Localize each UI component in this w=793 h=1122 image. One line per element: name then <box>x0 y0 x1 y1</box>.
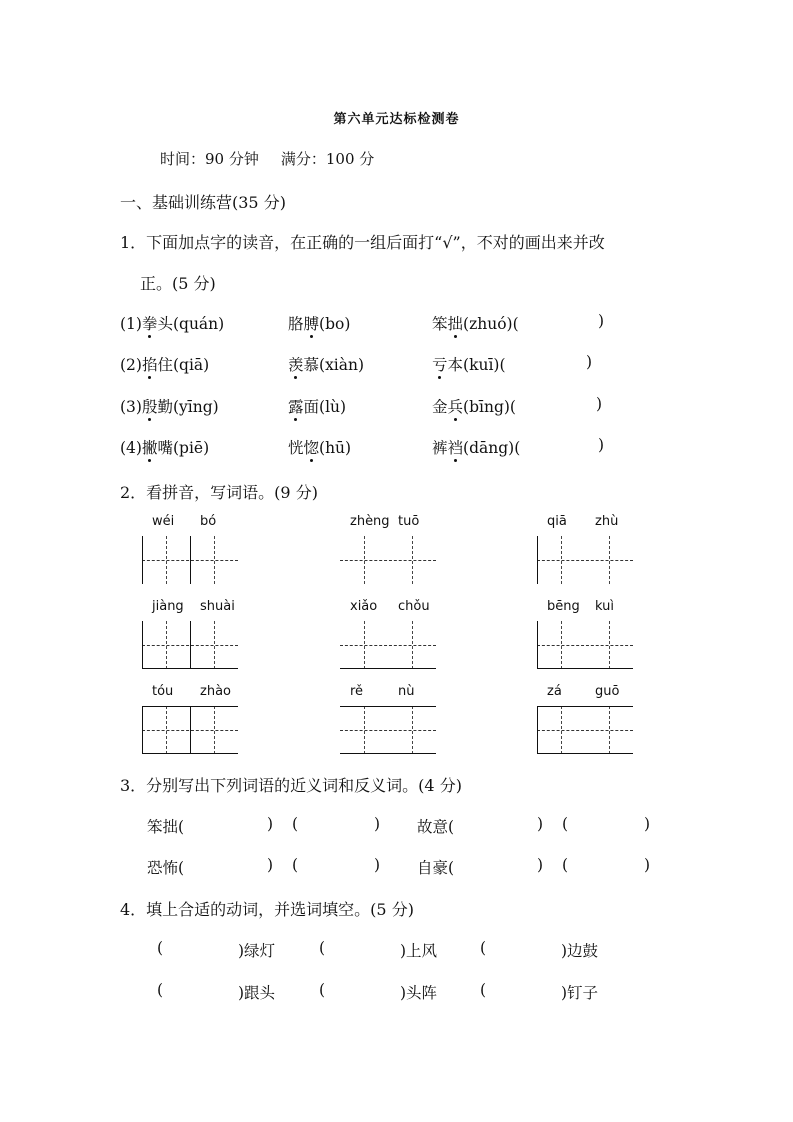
verb-blank-open[interactable]: ( <box>157 939 163 957</box>
page-title: 第六单元达标检测卷 <box>0 108 793 127</box>
dotted-char: 裆 <box>448 439 464 457</box>
grid-border <box>537 706 633 707</box>
item-number: (2) <box>120 356 142 374</box>
pinyin-label: zhèng <box>350 514 390 529</box>
grid-midline <box>412 536 413 584</box>
tianzige-grid[interactable]: zhèngtuō <box>340 536 436 584</box>
grid-border <box>190 536 191 584</box>
pinyin-text: 慕(xiàn) <box>304 356 365 374</box>
dotted-char: 羡 <box>288 356 304 374</box>
grid-border <box>190 706 191 754</box>
grid-border <box>537 621 538 669</box>
q4-word: )上风 <box>400 939 437 961</box>
pinyin-label: bēng <box>547 599 580 614</box>
pinyin-label: zhù <box>595 514 618 529</box>
q2-prompt: 2．看拼音，写词语。(9 分) <box>120 480 318 503</box>
dotted-char: 亏 <box>432 356 448 374</box>
pinyin-text: 勤(yīng) <box>157 398 218 416</box>
pinyin-text: (hū) <box>319 439 351 457</box>
verb-blank-open[interactable]: ( <box>157 981 163 999</box>
q4-word: )边鼓 <box>561 939 598 961</box>
q1-item: (4)撇嘴(piē) <box>120 436 209 458</box>
antonym-blank-open[interactable]: ( <box>292 856 298 874</box>
answer-blank-close[interactable]: ) <box>596 395 602 413</box>
pinyin-label: wéi <box>152 514 174 529</box>
pinyin-label: shuài <box>200 599 235 614</box>
grid-midline <box>609 706 610 754</box>
pinyin-text: 面(lù) <box>304 398 347 416</box>
verb-blank-open[interactable]: ( <box>319 981 325 999</box>
grid-midline <box>537 645 633 646</box>
grid-border <box>340 753 436 754</box>
grid-border <box>142 753 238 754</box>
q3-word: 故意( <box>417 815 454 837</box>
tianzige-grid[interactable]: xiǎochǒu <box>340 621 436 669</box>
verb-blank-open[interactable]: ( <box>319 939 325 957</box>
pinyin-label: tuō <box>398 514 419 529</box>
section-title: 一、基础训练营(35 分) <box>120 190 286 213</box>
grid-border <box>142 621 143 669</box>
tianzige-grid[interactable]: wéibó <box>142 536 238 584</box>
q1-item: 露面(lù) <box>288 395 346 417</box>
grid-border <box>142 536 143 584</box>
grid-midline <box>340 560 436 561</box>
grid-midline <box>340 730 436 731</box>
grid-midline <box>412 706 413 754</box>
q1-item: 胳膊(bo) <box>288 312 350 334</box>
grid-midline <box>166 706 167 754</box>
verb-blank-open[interactable]: ( <box>480 981 486 999</box>
antonym-blank-open[interactable]: ( <box>562 856 568 874</box>
tianzige-grid[interactable]: qiāzhù <box>537 536 633 584</box>
pinyin-text: 嘴(piē) <box>157 439 209 457</box>
exam-meta: 时间：90 分钟满分：100 分 <box>160 148 374 169</box>
q1-item: 笨拙(zhuó)( <box>432 312 519 334</box>
pinyin-text: (bo) <box>319 315 350 333</box>
answer-blank-close[interactable]: ) <box>598 312 604 330</box>
grid-border <box>142 706 143 754</box>
dotted-char: 兵 <box>448 398 464 416</box>
pinyin-text: (zhuó)( <box>463 315 519 333</box>
q1-item: 裤裆(dāng)( <box>432 436 520 458</box>
tianzige-grid[interactable]: záguō <box>537 706 633 754</box>
antonym-blank-open[interactable]: ( <box>292 815 298 833</box>
q4-word: )绿灯 <box>238 939 275 961</box>
grid-midline <box>214 706 215 754</box>
item-number: (3) <box>120 398 142 416</box>
synonym-blank[interactable]: ) <box>537 815 543 833</box>
q1-item: (1)拳头(quán) <box>120 312 224 334</box>
pinyin-label: zá <box>547 684 562 699</box>
q1-prompt: 1．下面加点字的读音，在正确的一组后面打“√”，不对的画出来并改 <box>120 230 605 253</box>
grid-midline <box>561 536 562 584</box>
q1-item: 亏本(kuī)( <box>432 353 506 375</box>
pinyin-label: guō <box>595 684 619 699</box>
q1-item: (3)殷勤(yīng) <box>120 395 219 417</box>
antonym-blank-close[interactable]: ) <box>644 856 650 874</box>
grid-border <box>190 621 191 669</box>
q1-prompt-cont: 正。(5 分) <box>140 271 216 294</box>
grid-border <box>537 706 538 754</box>
tianzige-grid[interactable]: bēngkuì <box>537 621 633 669</box>
grid-midline <box>561 621 562 669</box>
antonym-blank-close[interactable]: ) <box>374 856 380 874</box>
grid-border <box>537 753 633 754</box>
exam-score: 满分：100 分 <box>281 150 374 168</box>
antonym-blank-close[interactable]: ) <box>374 815 380 833</box>
grid-midline <box>561 706 562 754</box>
grid-border <box>142 668 238 669</box>
tianzige-grid[interactable]: rěnù <box>340 706 436 754</box>
dotted-char: 膊 <box>304 315 320 333</box>
q3-word: 恐怖( <box>147 856 184 878</box>
grid-midline <box>214 536 215 584</box>
q1-item: 羡慕(xiàn) <box>288 353 364 375</box>
pinyin-label: kuì <box>595 599 614 614</box>
grid-midline <box>166 536 167 584</box>
pinyin-label: xiǎo <box>350 599 377 614</box>
verb-blank-open[interactable]: ( <box>480 939 486 957</box>
antonym-blank-open[interactable]: ( <box>562 815 568 833</box>
grid-border <box>537 536 538 584</box>
answer-blank-close[interactable]: ) <box>598 436 604 454</box>
grid-midline <box>166 621 167 669</box>
dotted-char: 惚 <box>304 439 320 457</box>
pinyin-label: tóu <box>152 684 173 699</box>
answer-blank-close[interactable]: ) <box>586 353 592 371</box>
q3-prompt: 3．分别写出下列词语的近义词和反义词。(4 分) <box>120 773 462 796</box>
dotted-char: 拙 <box>448 315 464 333</box>
grid-midline <box>412 621 413 669</box>
grid-midline <box>364 621 365 669</box>
q3-word: 自豪( <box>417 856 454 878</box>
q1-item: 金兵(bīng)( <box>432 395 516 417</box>
pinyin-label: nù <box>398 684 414 699</box>
grid-midline <box>214 621 215 669</box>
char: 笨 <box>432 315 448 333</box>
pinyin-label: rě <box>350 684 363 699</box>
pinyin-text: (dāng)( <box>463 439 520 457</box>
grid-midline <box>609 536 610 584</box>
pinyin-label: chǒu <box>398 599 430 614</box>
synonym-blank[interactable]: ) <box>267 815 273 833</box>
grid-border <box>340 706 436 707</box>
grid-border <box>537 668 633 669</box>
pinyin-text: (bīng)( <box>463 398 516 416</box>
q4-word: )跟头 <box>238 981 275 1003</box>
grid-midline <box>364 536 365 584</box>
grid-midline <box>537 730 633 731</box>
pinyin-label: zhào <box>200 684 231 699</box>
pinyin-label: jiàng <box>152 599 184 614</box>
grid-midline <box>364 706 365 754</box>
pinyin-text: 头(quán) <box>157 315 224 333</box>
grid-border <box>142 706 238 707</box>
grid-midline <box>537 560 633 561</box>
dotted-char: 撇 <box>142 439 158 457</box>
tianzige-grid[interactable]: jiàngshuài <box>142 621 238 669</box>
pinyin-label: qiā <box>547 514 567 529</box>
synonym-blank[interactable]: ) <box>267 856 273 874</box>
dotted-char: 露 <box>288 398 304 416</box>
q4-word: )头阵 <box>400 981 437 1003</box>
grid-border <box>340 668 436 669</box>
item-number: (4) <box>120 439 142 457</box>
item-number: (1) <box>120 315 142 333</box>
pinyin-text: 住(qiā) <box>157 356 209 374</box>
dotted-char: 掐 <box>142 356 158 374</box>
grid-midline <box>609 621 610 669</box>
q1-item: (2)掐住(qiā) <box>120 353 209 375</box>
char: 恍 <box>288 439 304 457</box>
pinyin-text: 本(kuī)( <box>448 356 506 374</box>
char: 胳 <box>288 315 304 333</box>
q1-item: 恍惚(hū) <box>288 436 351 458</box>
tianzige-grid[interactable]: tóuzhào <box>142 706 238 754</box>
exam-time: 时间：90 分钟 <box>160 150 259 168</box>
q3-word: 笨拙( <box>147 815 184 837</box>
char: 裤 <box>432 439 448 457</box>
dotted-char: 拳 <box>142 315 158 333</box>
pinyin-label: bó <box>200 514 216 529</box>
char: 金 <box>432 398 448 416</box>
antonym-blank-close[interactable]: ) <box>644 815 650 833</box>
q4-word: )钉子 <box>561 981 598 1003</box>
dotted-char: 殷 <box>142 398 158 416</box>
synonym-blank[interactable]: ) <box>537 856 543 874</box>
q4-prompt: 4．填上合适的动词，并选词填空。(5 分) <box>120 897 414 920</box>
grid-midline <box>340 645 436 646</box>
